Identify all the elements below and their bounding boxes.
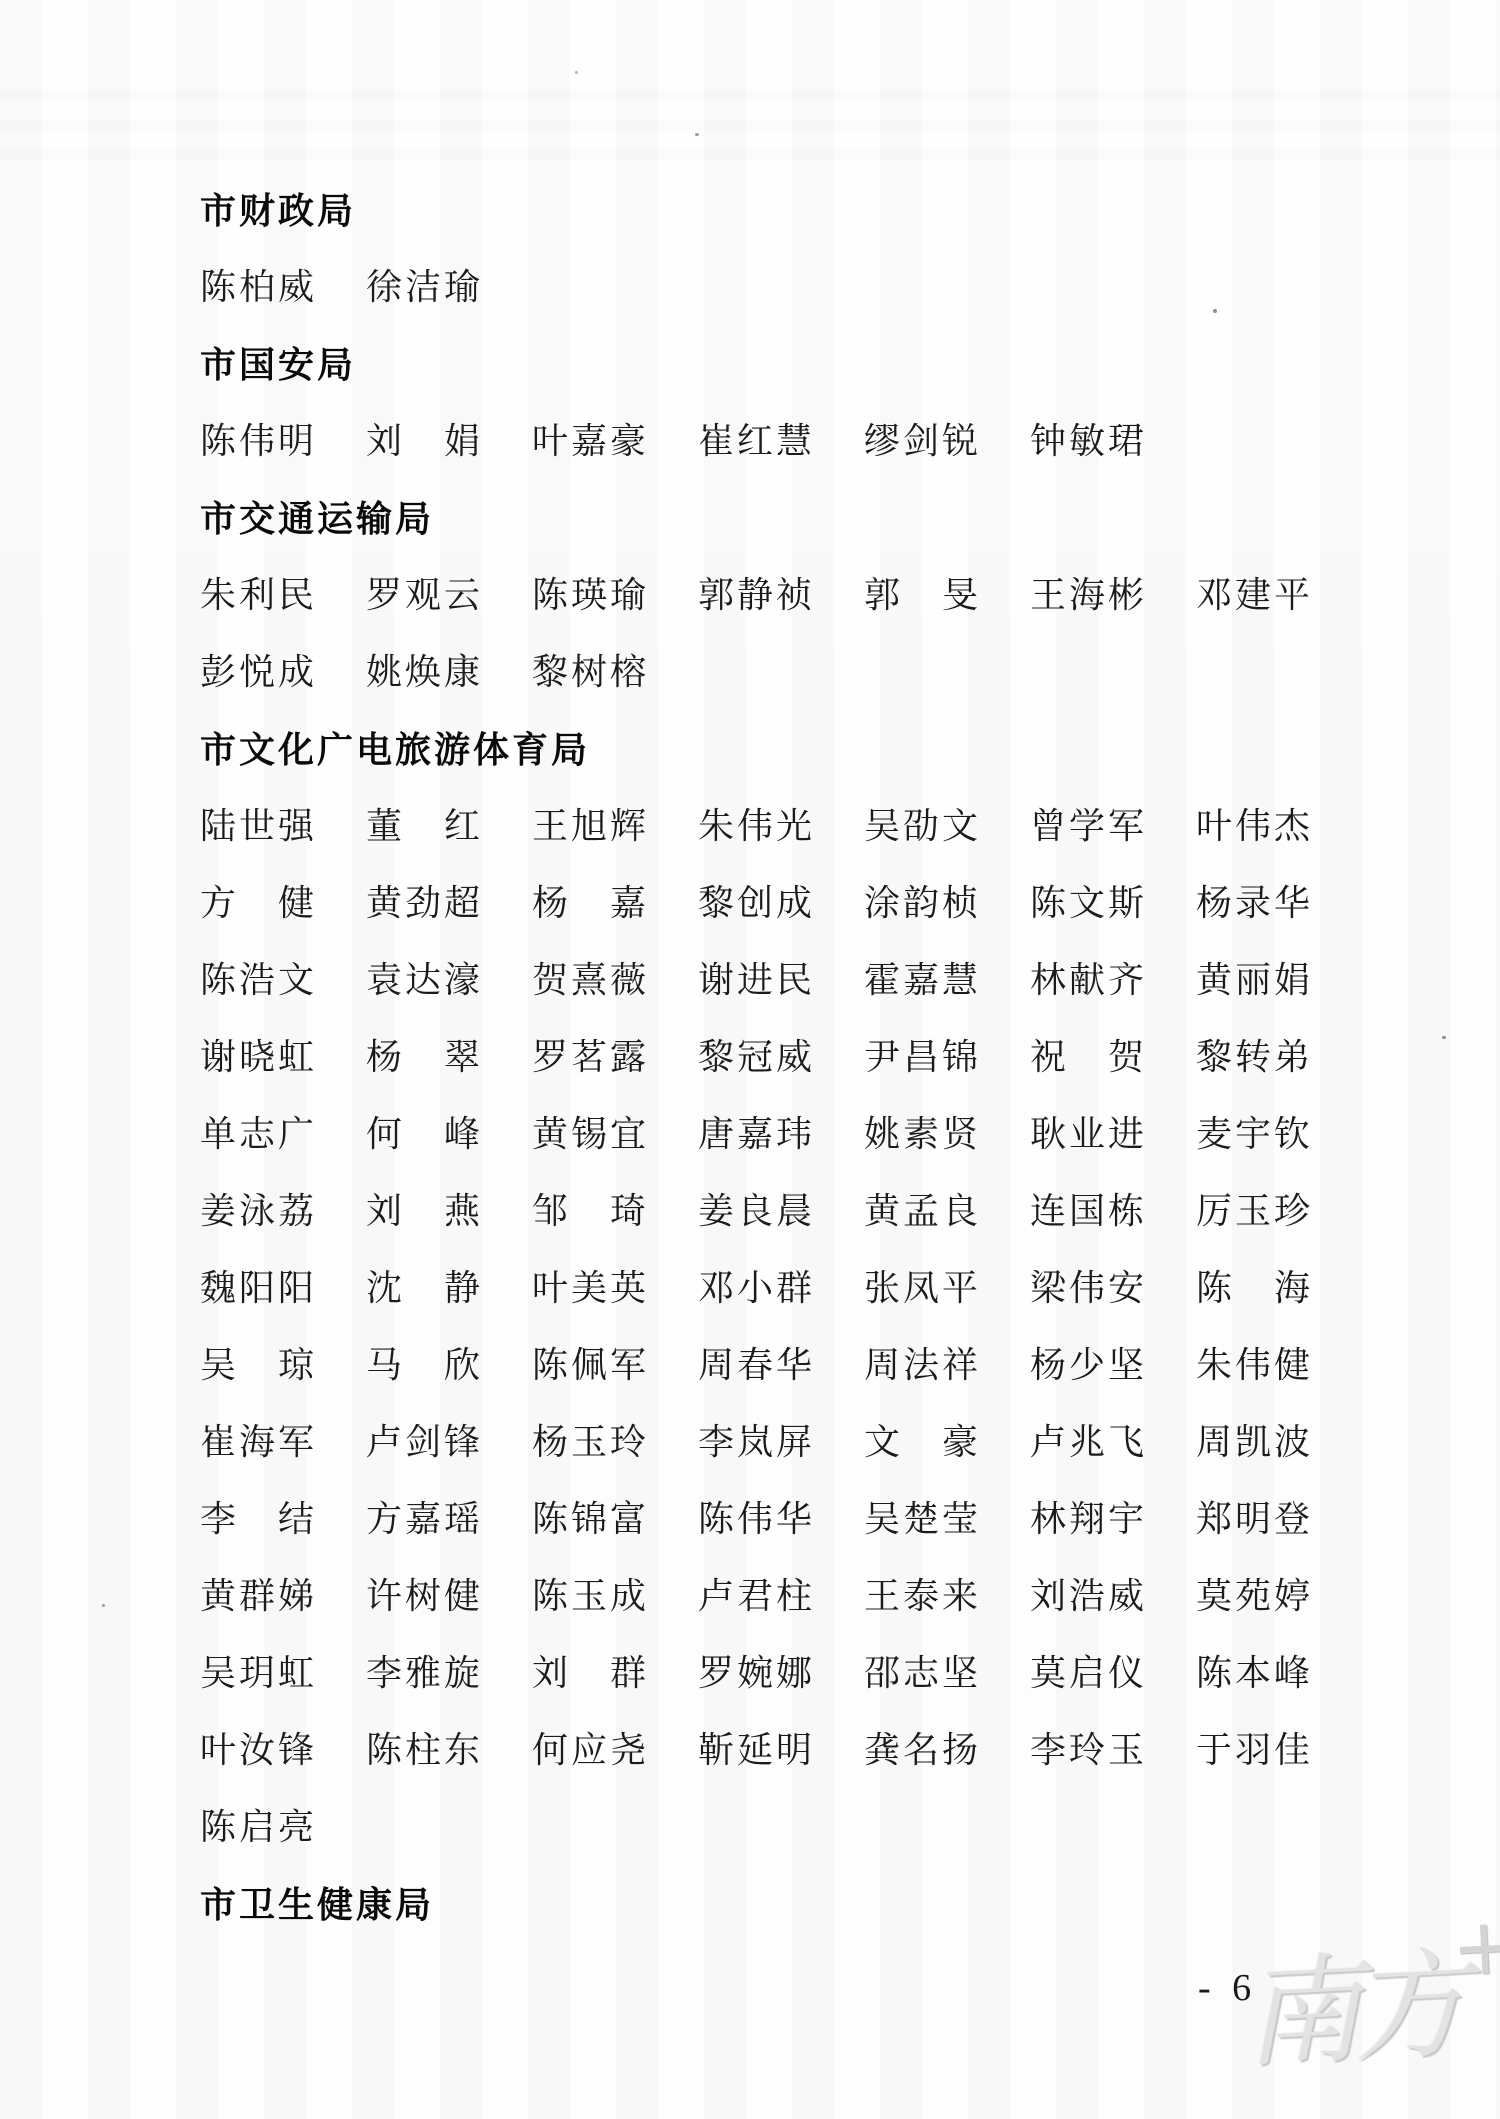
- person-name: 邓小群: [698, 1250, 864, 1327]
- person-name: 邓建平: [1196, 557, 1362, 634]
- person-name: 罗茗露: [532, 1019, 698, 1096]
- person-name: 于羽佳: [1196, 1712, 1362, 1789]
- person-name: 李雅旋: [366, 1635, 532, 1712]
- section-title: 市文化广电旅游体育局: [200, 711, 1410, 788]
- person-name: 黎转弟: [1196, 1019, 1362, 1096]
- name-row: 陆世强董 红王旭辉朱伟光吴劭文曾学军叶伟杰: [200, 788, 1410, 865]
- person-name: 黄锡宜: [532, 1096, 698, 1173]
- name-row: 陈伟明刘 娟叶嘉豪崔红慧缪剑锐钟敏珺: [200, 403, 1410, 480]
- person-name: 曾学军: [1030, 788, 1196, 865]
- person-name: 谢晓虹: [200, 1019, 366, 1096]
- person-name: 陈伟明: [200, 403, 366, 480]
- watermark-plus-icon: +: [1449, 1901, 1500, 1994]
- person-name: 杨 翠: [366, 1019, 532, 1096]
- watermark-text: 南方: [1239, 1935, 1462, 2084]
- person-name: 陈佩军: [532, 1327, 698, 1404]
- name-row: 单志广何 峰黄锡宜唐嘉玮姚素贤耿业进麦宇钦: [200, 1096, 1410, 1173]
- scan-speck: [695, 133, 699, 136]
- person-name: 吴 琼: [200, 1327, 366, 1404]
- person-name: 何应尧: [532, 1712, 698, 1789]
- person-name: 黎树榕: [532, 634, 698, 711]
- person-name: 李 结: [200, 1481, 366, 1558]
- person-name: 叶伟杰: [1196, 788, 1362, 865]
- person-name: 袁达濠: [366, 942, 532, 1019]
- section-title: 市财政局: [200, 172, 1410, 249]
- person-name: 陈 海: [1196, 1250, 1362, 1327]
- person-name: 姚焕康: [366, 634, 532, 711]
- section-title: 市交通运输局: [200, 480, 1410, 557]
- person-name: 陈伟华: [698, 1481, 864, 1558]
- person-name: 李岚屏: [698, 1404, 864, 1481]
- name-row: 陈浩文袁达濠贺熹薇谢进民霍嘉慧林献齐黄丽娟: [200, 942, 1410, 1019]
- person-name: 陈瑛瑜: [532, 557, 698, 634]
- name-row: 朱利民罗观云陈瑛瑜郭静祯郭 旻王海彬邓建平: [200, 557, 1410, 634]
- name-row: 李 结方嘉瑶陈锦富陈伟华吴楚莹林翔宇郑明登: [200, 1481, 1410, 1558]
- person-name: 王旭辉: [532, 788, 698, 865]
- person-name: 叶美英: [532, 1250, 698, 1327]
- person-name: 卢君柱: [698, 1558, 864, 1635]
- person-name: 涂韵桢: [864, 865, 1030, 942]
- scan-speck: [102, 1604, 105, 1607]
- person-name: 卢剑锋: [366, 1404, 532, 1481]
- person-name: 吴楚莹: [864, 1481, 1030, 1558]
- person-name: 陈本峰: [1196, 1635, 1362, 1712]
- person-name: 许树健: [366, 1558, 532, 1635]
- section-title: 市卫生健康局: [200, 1866, 1410, 1943]
- name-row: 陈启亮: [200, 1789, 1410, 1866]
- person-name: 单志广: [200, 1096, 366, 1173]
- person-name: 尹昌锦: [864, 1019, 1030, 1096]
- person-name: 黄劲超: [366, 865, 532, 942]
- scan-speck: [575, 71, 578, 74]
- person-name: 陈柱东: [366, 1712, 532, 1789]
- person-name: 杨录华: [1196, 865, 1362, 942]
- person-name: 陈柏威: [200, 249, 366, 326]
- name-row: 崔海军卢剑锋杨玉玲李岚屏文 豪卢兆飞周凯波: [200, 1404, 1410, 1481]
- person-name: 黎创成: [698, 865, 864, 942]
- person-name: 耿业进: [1030, 1096, 1196, 1173]
- person-name: 麦宇钦: [1196, 1096, 1362, 1173]
- person-name: 姜泳荔: [200, 1173, 366, 1250]
- person-name: 罗婉娜: [698, 1635, 864, 1712]
- person-name: 沈 静: [366, 1250, 532, 1327]
- person-name: 叶嘉豪: [532, 403, 698, 480]
- person-name: 连国栋: [1030, 1173, 1196, 1250]
- person-name: 刘 群: [532, 1635, 698, 1712]
- person-name: 魏阳阳: [200, 1250, 366, 1327]
- person-name: 姜良晨: [698, 1173, 864, 1250]
- person-name: 邵志坚: [864, 1635, 1030, 1712]
- name-row: 谢晓虹杨 翠罗茗露黎冠威尹昌锦祝 贺黎转弟: [200, 1019, 1410, 1096]
- person-name: 陆世强: [200, 788, 366, 865]
- person-name: 文 豪: [864, 1404, 1030, 1481]
- name-row: 吴 琼马 欣陈佩军周春华周法祥杨少坚朱伟健: [200, 1327, 1410, 1404]
- person-name: 何 峰: [366, 1096, 532, 1173]
- person-name: 黄孟良: [864, 1173, 1030, 1250]
- person-name: 缪剑锐: [864, 403, 1030, 480]
- person-name: 方嘉瑶: [366, 1481, 532, 1558]
- sections: 市财政局陈柏威徐洁瑜市国安局陈伟明刘 娟叶嘉豪崔红慧缪剑锐钟敏珺市交通运输局朱利…: [200, 172, 1410, 1943]
- section-title: 市国安局: [200, 326, 1410, 403]
- person-name: 叶汝锋: [200, 1712, 366, 1789]
- person-name: 黄群娣: [200, 1558, 366, 1635]
- person-name: 徐洁瑜: [366, 249, 532, 326]
- person-name: 陈浩文: [200, 942, 366, 1019]
- person-name: 厉玉珍: [1196, 1173, 1362, 1250]
- document-page: 市财政局陈柏威徐洁瑜市国安局陈伟明刘 娟叶嘉豪崔红慧缪剑锐钟敏珺市交通运输局朱利…: [0, 0, 1500, 2119]
- person-name: 王泰来: [864, 1558, 1030, 1635]
- person-name: 唐嘉玮: [698, 1096, 864, 1173]
- person-name: 莫苑婷: [1196, 1558, 1362, 1635]
- person-name: 黄丽娟: [1196, 942, 1362, 1019]
- nanfang-plus-watermark: 南方+: [1238, 1901, 1500, 2090]
- person-name: 靳延明: [698, 1712, 864, 1789]
- person-name: 刘浩威: [1030, 1558, 1196, 1635]
- person-name: 祝 贺: [1030, 1019, 1196, 1096]
- person-name: 郭 旻: [864, 557, 1030, 634]
- person-name: 卢兆飞: [1030, 1404, 1196, 1481]
- person-name: 郭静祯: [698, 557, 864, 634]
- name-row: 陈柏威徐洁瑜: [200, 249, 1410, 326]
- person-name: 杨 嘉: [532, 865, 698, 942]
- person-name: 陈启亮: [200, 1789, 366, 1866]
- person-name: 姚素贤: [864, 1096, 1030, 1173]
- person-name: 龚名扬: [864, 1712, 1030, 1789]
- person-name: 董 红: [366, 788, 532, 865]
- person-name: 周春华: [698, 1327, 864, 1404]
- person-name: 刘 娟: [366, 403, 532, 480]
- person-name: 彭悦成: [200, 634, 366, 711]
- person-name: 吴玥虹: [200, 1635, 366, 1712]
- person-name: 林献齐: [1030, 942, 1196, 1019]
- person-name: 陈文斯: [1030, 865, 1196, 942]
- person-name: 霍嘉慧: [864, 942, 1030, 1019]
- person-name: 崔海军: [200, 1404, 366, 1481]
- name-row: 吴玥虹李雅旋刘 群罗婉娜邵志坚莫启仪陈本峰: [200, 1635, 1410, 1712]
- person-name: 谢进民: [698, 942, 864, 1019]
- person-name: 周凯波: [1196, 1404, 1362, 1481]
- name-row: 叶汝锋陈柱东何应尧靳延明龚名扬李玲玉于羽佳: [200, 1712, 1410, 1789]
- person-name: 黎冠威: [698, 1019, 864, 1096]
- person-name: 郑明登: [1196, 1481, 1362, 1558]
- person-name: 王海彬: [1030, 557, 1196, 634]
- name-row: 姜泳荔刘 燕邹 琦姜良晨黄孟良连国栋厉玉珍: [200, 1173, 1410, 1250]
- person-name: 邹 琦: [532, 1173, 698, 1250]
- person-name: 马 欣: [366, 1327, 532, 1404]
- person-name: 吴劭文: [864, 788, 1030, 865]
- name-row: 彭悦成姚焕康黎树榕: [200, 634, 1410, 711]
- person-name: 杨少坚: [1030, 1327, 1196, 1404]
- person-name: 张凤平: [864, 1250, 1030, 1327]
- name-row: 魏阳阳沈 静叶美英邓小群张凤平梁伟安陈 海: [200, 1250, 1410, 1327]
- name-row: 方 健黄劲超杨 嘉黎创成涂韵桢陈文斯杨录华: [200, 865, 1410, 942]
- page-number: - 6: [1198, 1966, 1257, 2010]
- person-name: 陈玉成: [532, 1558, 698, 1635]
- person-name: 陈锦富: [532, 1481, 698, 1558]
- person-name: 刘 燕: [366, 1173, 532, 1250]
- person-name: 林翔宇: [1030, 1481, 1196, 1558]
- person-name: 周法祥: [864, 1327, 1030, 1404]
- person-name: 罗观云: [366, 557, 532, 634]
- person-name: 朱伟健: [1196, 1327, 1362, 1404]
- person-name: 朱利民: [200, 557, 366, 634]
- person-name: 贺熹薇: [532, 942, 698, 1019]
- person-name: 崔红慧: [698, 403, 864, 480]
- name-row: 黄群娣许树健陈玉成卢君柱王泰来刘浩威莫苑婷: [200, 1558, 1410, 1635]
- person-name: 李玲玉: [1030, 1712, 1196, 1789]
- person-name: 杨玉玲: [532, 1404, 698, 1481]
- person-name: 莫启仪: [1030, 1635, 1196, 1712]
- person-name: 朱伟光: [698, 788, 864, 865]
- person-name: 梁伟安: [1030, 1250, 1196, 1327]
- person-name: 方 健: [200, 865, 366, 942]
- person-name: 钟敏珺: [1030, 403, 1196, 480]
- scan-speck: [1442, 1036, 1446, 1039]
